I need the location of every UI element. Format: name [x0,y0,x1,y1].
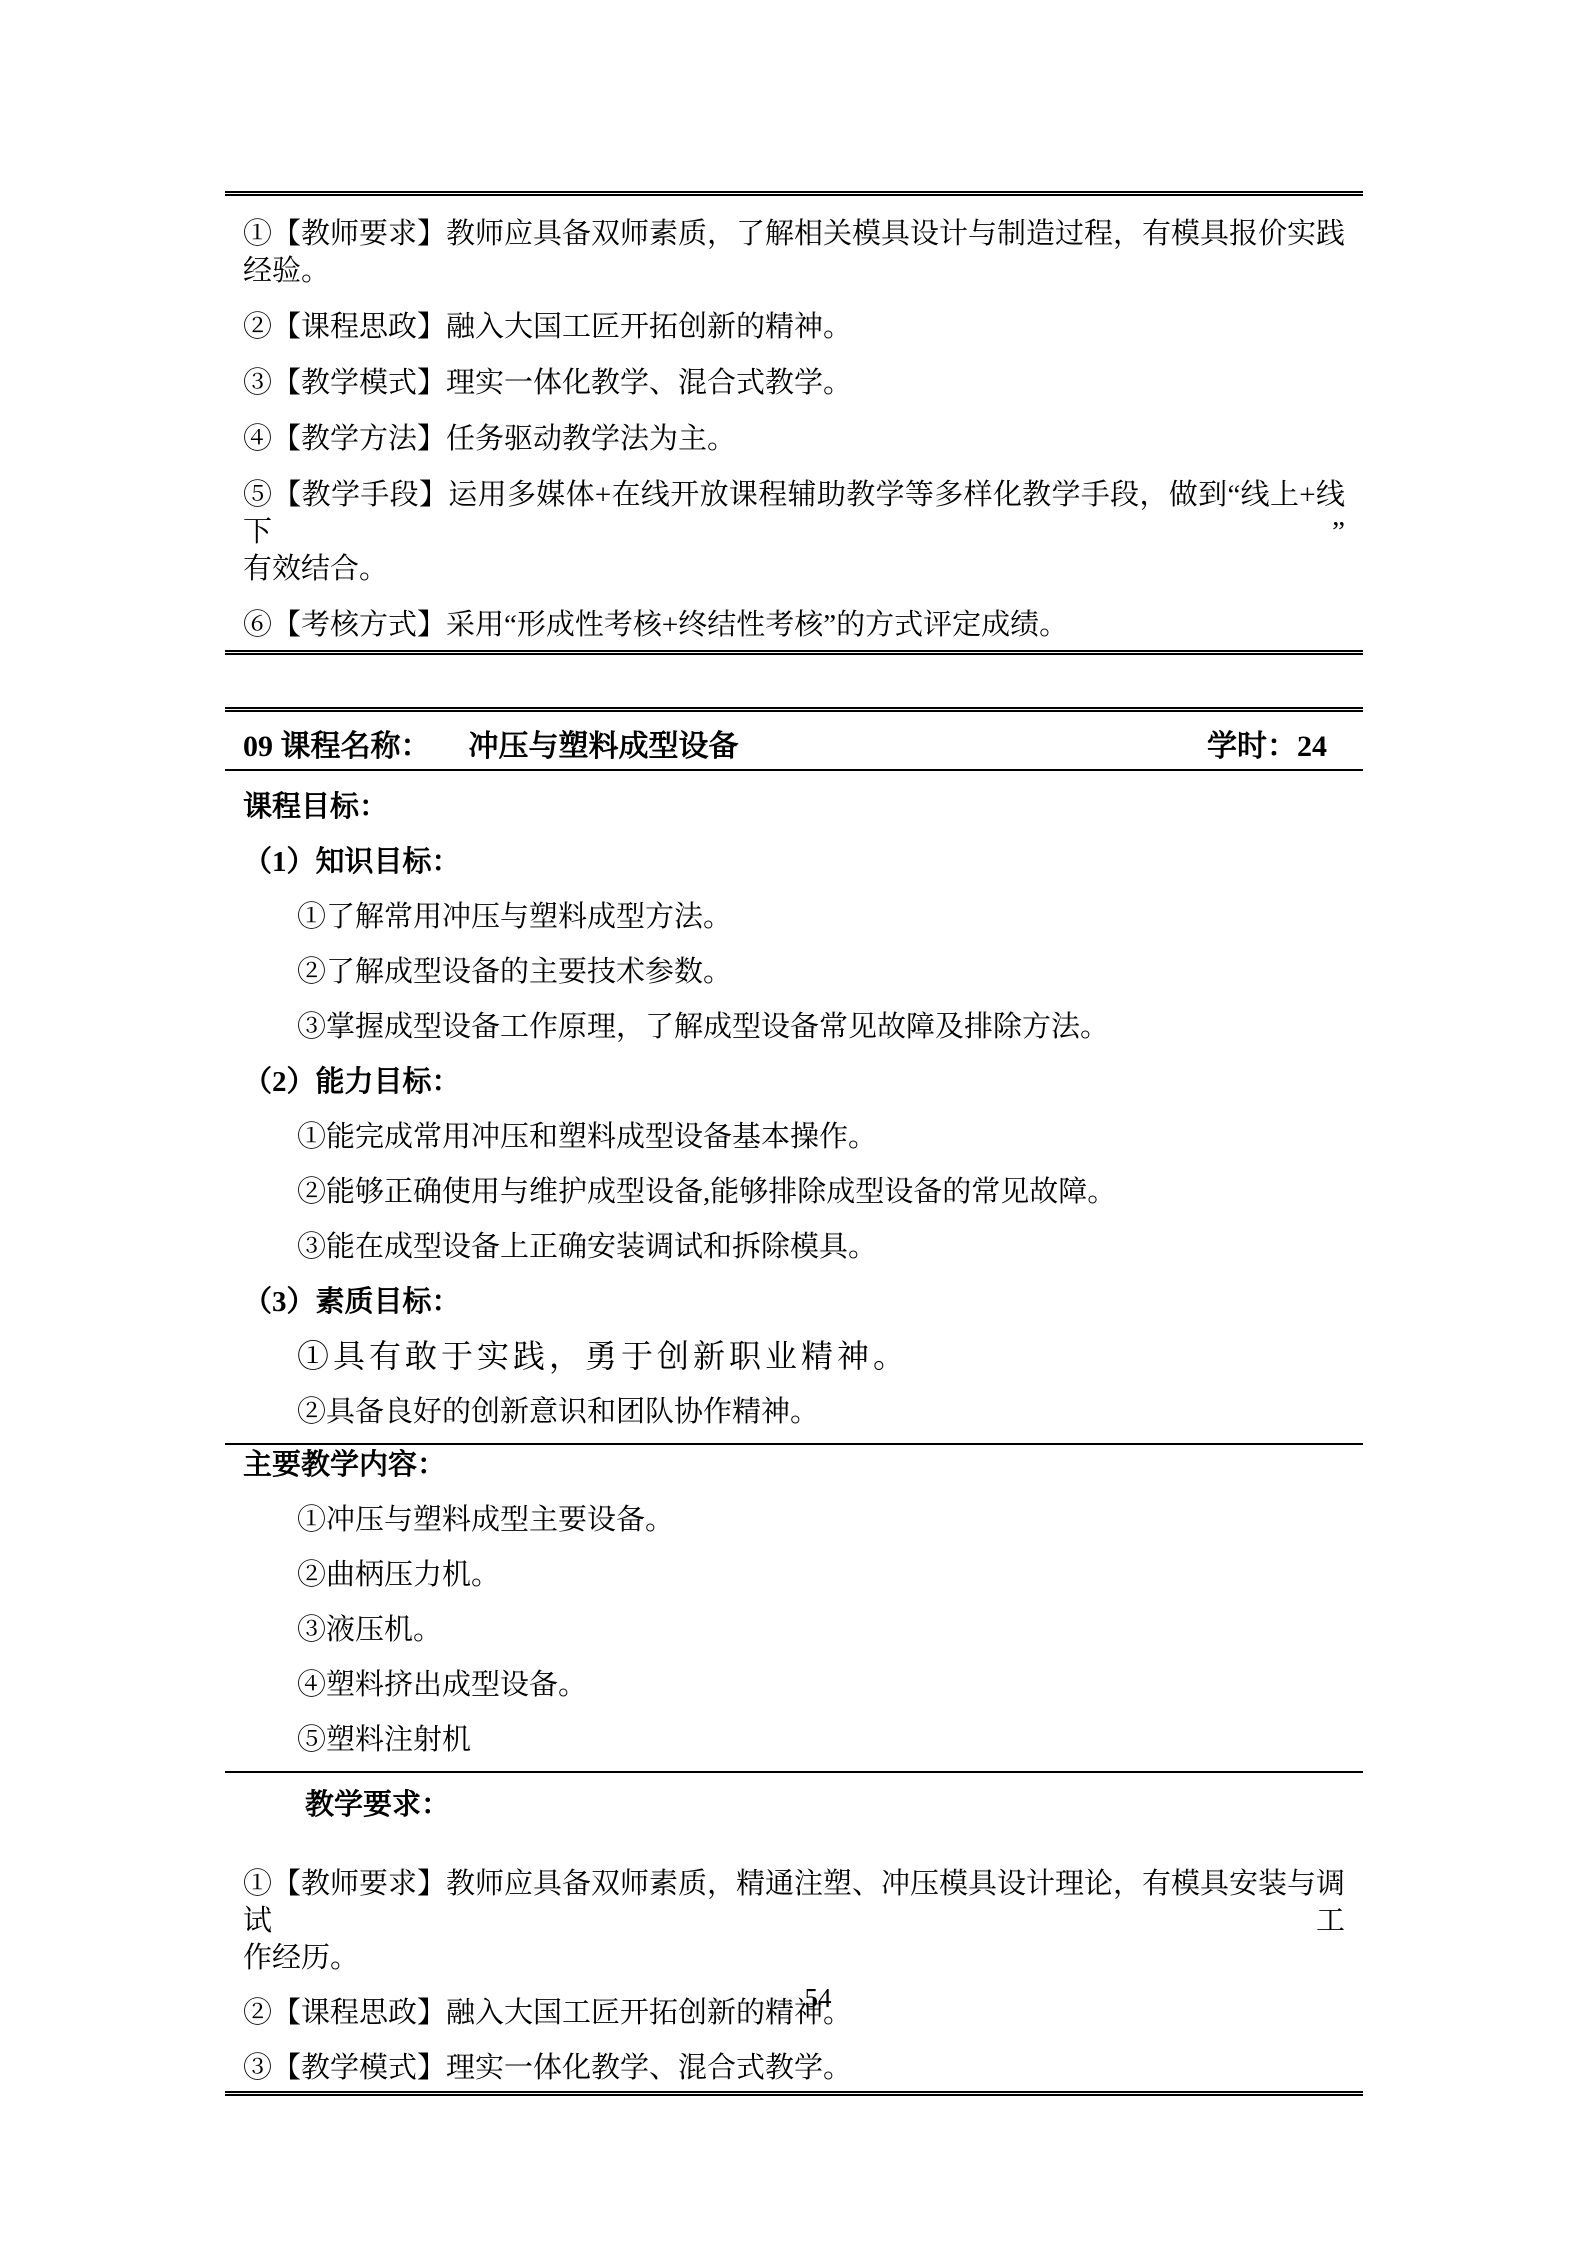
objectives-title: 课程目标： [243,771,1345,826]
course-requirement-mode: ③【教学模式】理实一体化教学、混合式教学。 [243,2050,1345,2087]
content-item: ①冲压与塑料成型主要设备。 [243,1502,1345,1539]
course-requirement-teacher-line2: 作经历。 [243,1940,1345,1977]
course-09-block: 09 课程名称： 冲压与塑料成型设备 学时：24 课程目标： （1）知识目标： … [225,707,1363,2096]
ability-objectives-title: （2）能力目标： [243,1064,1345,1101]
requirement-item-method: ④【教学方法】任务驱动教学法为主。 [243,421,1345,458]
requirement-item-means-line2: 有效结合。 [243,551,1345,588]
ability-item: ②能够正确使用与维护成型设备,能够排除成型设备的常见故障。 [243,1174,1345,1211]
ability-item: ③能在成型设备上正确安装调试和拆除模具。 [243,1229,1345,1266]
page-number: 54 [0,1981,1587,2015]
requirement-item-means-line1: ⑤【教学手段】运用多媒体+在线开放课程辅助教学等多样化教学手段，做到“线上+线下… [243,477,1345,551]
knowledge-objectives-title: （1）知识目标： [243,844,1345,881]
requirement-item-assessment: ⑥【考核方式】采用“形成性考核+终结性考核”的方式评定成绩。 [243,607,1345,644]
content-item: ④塑料挤出成型设备。 [243,1667,1345,1704]
requirement-item-teacher: ①【教师要求】教师应具备双师素质，了解相关模具设计与制造过程，有模具报价实践经验… [243,216,1345,290]
course-requirement-teacher-line1: ①【教师要求】教师应具备双师素质，精通注塑、冲压模具设计理论，有模具安装与调试工 [243,1866,1345,1940]
course-name: 冲压与塑料成型设备 [469,721,739,765]
quality-item: ①具有敢于实践，勇于创新职业精神。 [243,1336,1345,1376]
requirement-item-ideology: ②【课程思政】融入大国工匠开拓创新的精神。 [243,309,1345,346]
content-item: ②曲柄压力机。 [243,1557,1345,1594]
previous-course-requirements-block: ①【教师要求】教师应具备双师素质，了解相关模具设计与制造过程，有模具报价实践经验… [225,191,1363,655]
teaching-requirements-title: 教学要求： [243,1787,1345,1824]
section-divider-line [225,1443,1363,1445]
content-item: ⑤塑料注射机 [243,1722,1345,1759]
quality-objectives-title: （3）素质目标： [243,1284,1345,1321]
ability-item: ①能完成常用冲压和塑料成型设备基本操作。 [243,1119,1345,1156]
quality-item: ②具备良好的创新意识和团队协作精神。 [243,1394,1345,1431]
document-page: ①【教师要求】教师应具备双师素质，了解相关模具设计与制造过程，有模具报价实践经验… [0,0,1587,2245]
course-number-label: 09 课程名称： [243,721,431,765]
page-content-column: ①【教师要求】教师应具备双师素质，了解相关模具设计与制造过程，有模具报价实践经验… [225,0,1363,2096]
content-item: ③液压机。 [243,1612,1345,1649]
course-header-row: 09 课程名称： 冲压与塑料成型设备 学时：24 [225,712,1363,771]
knowledge-item: ②了解成型设备的主要技术参数。 [243,954,1345,991]
course-hours: 学时：24 [1207,721,1345,765]
knowledge-item: ①了解常用冲压与塑料成型方法。 [243,899,1345,936]
requirement-item-mode: ③【教学模式】理实一体化教学、混合式教学。 [243,365,1345,402]
teaching-content-title: 主要教学内容： [243,1447,1345,1484]
section-divider-line [225,1771,1363,1773]
course-body: 课程目标： （1）知识目标： ①了解常用冲压与塑料成型方法。 ②了解成型设备的主… [225,771,1363,2091]
knowledge-item: ③掌握成型设备工作原理，了解成型设备常见故障及排除方法。 [243,1009,1345,1046]
